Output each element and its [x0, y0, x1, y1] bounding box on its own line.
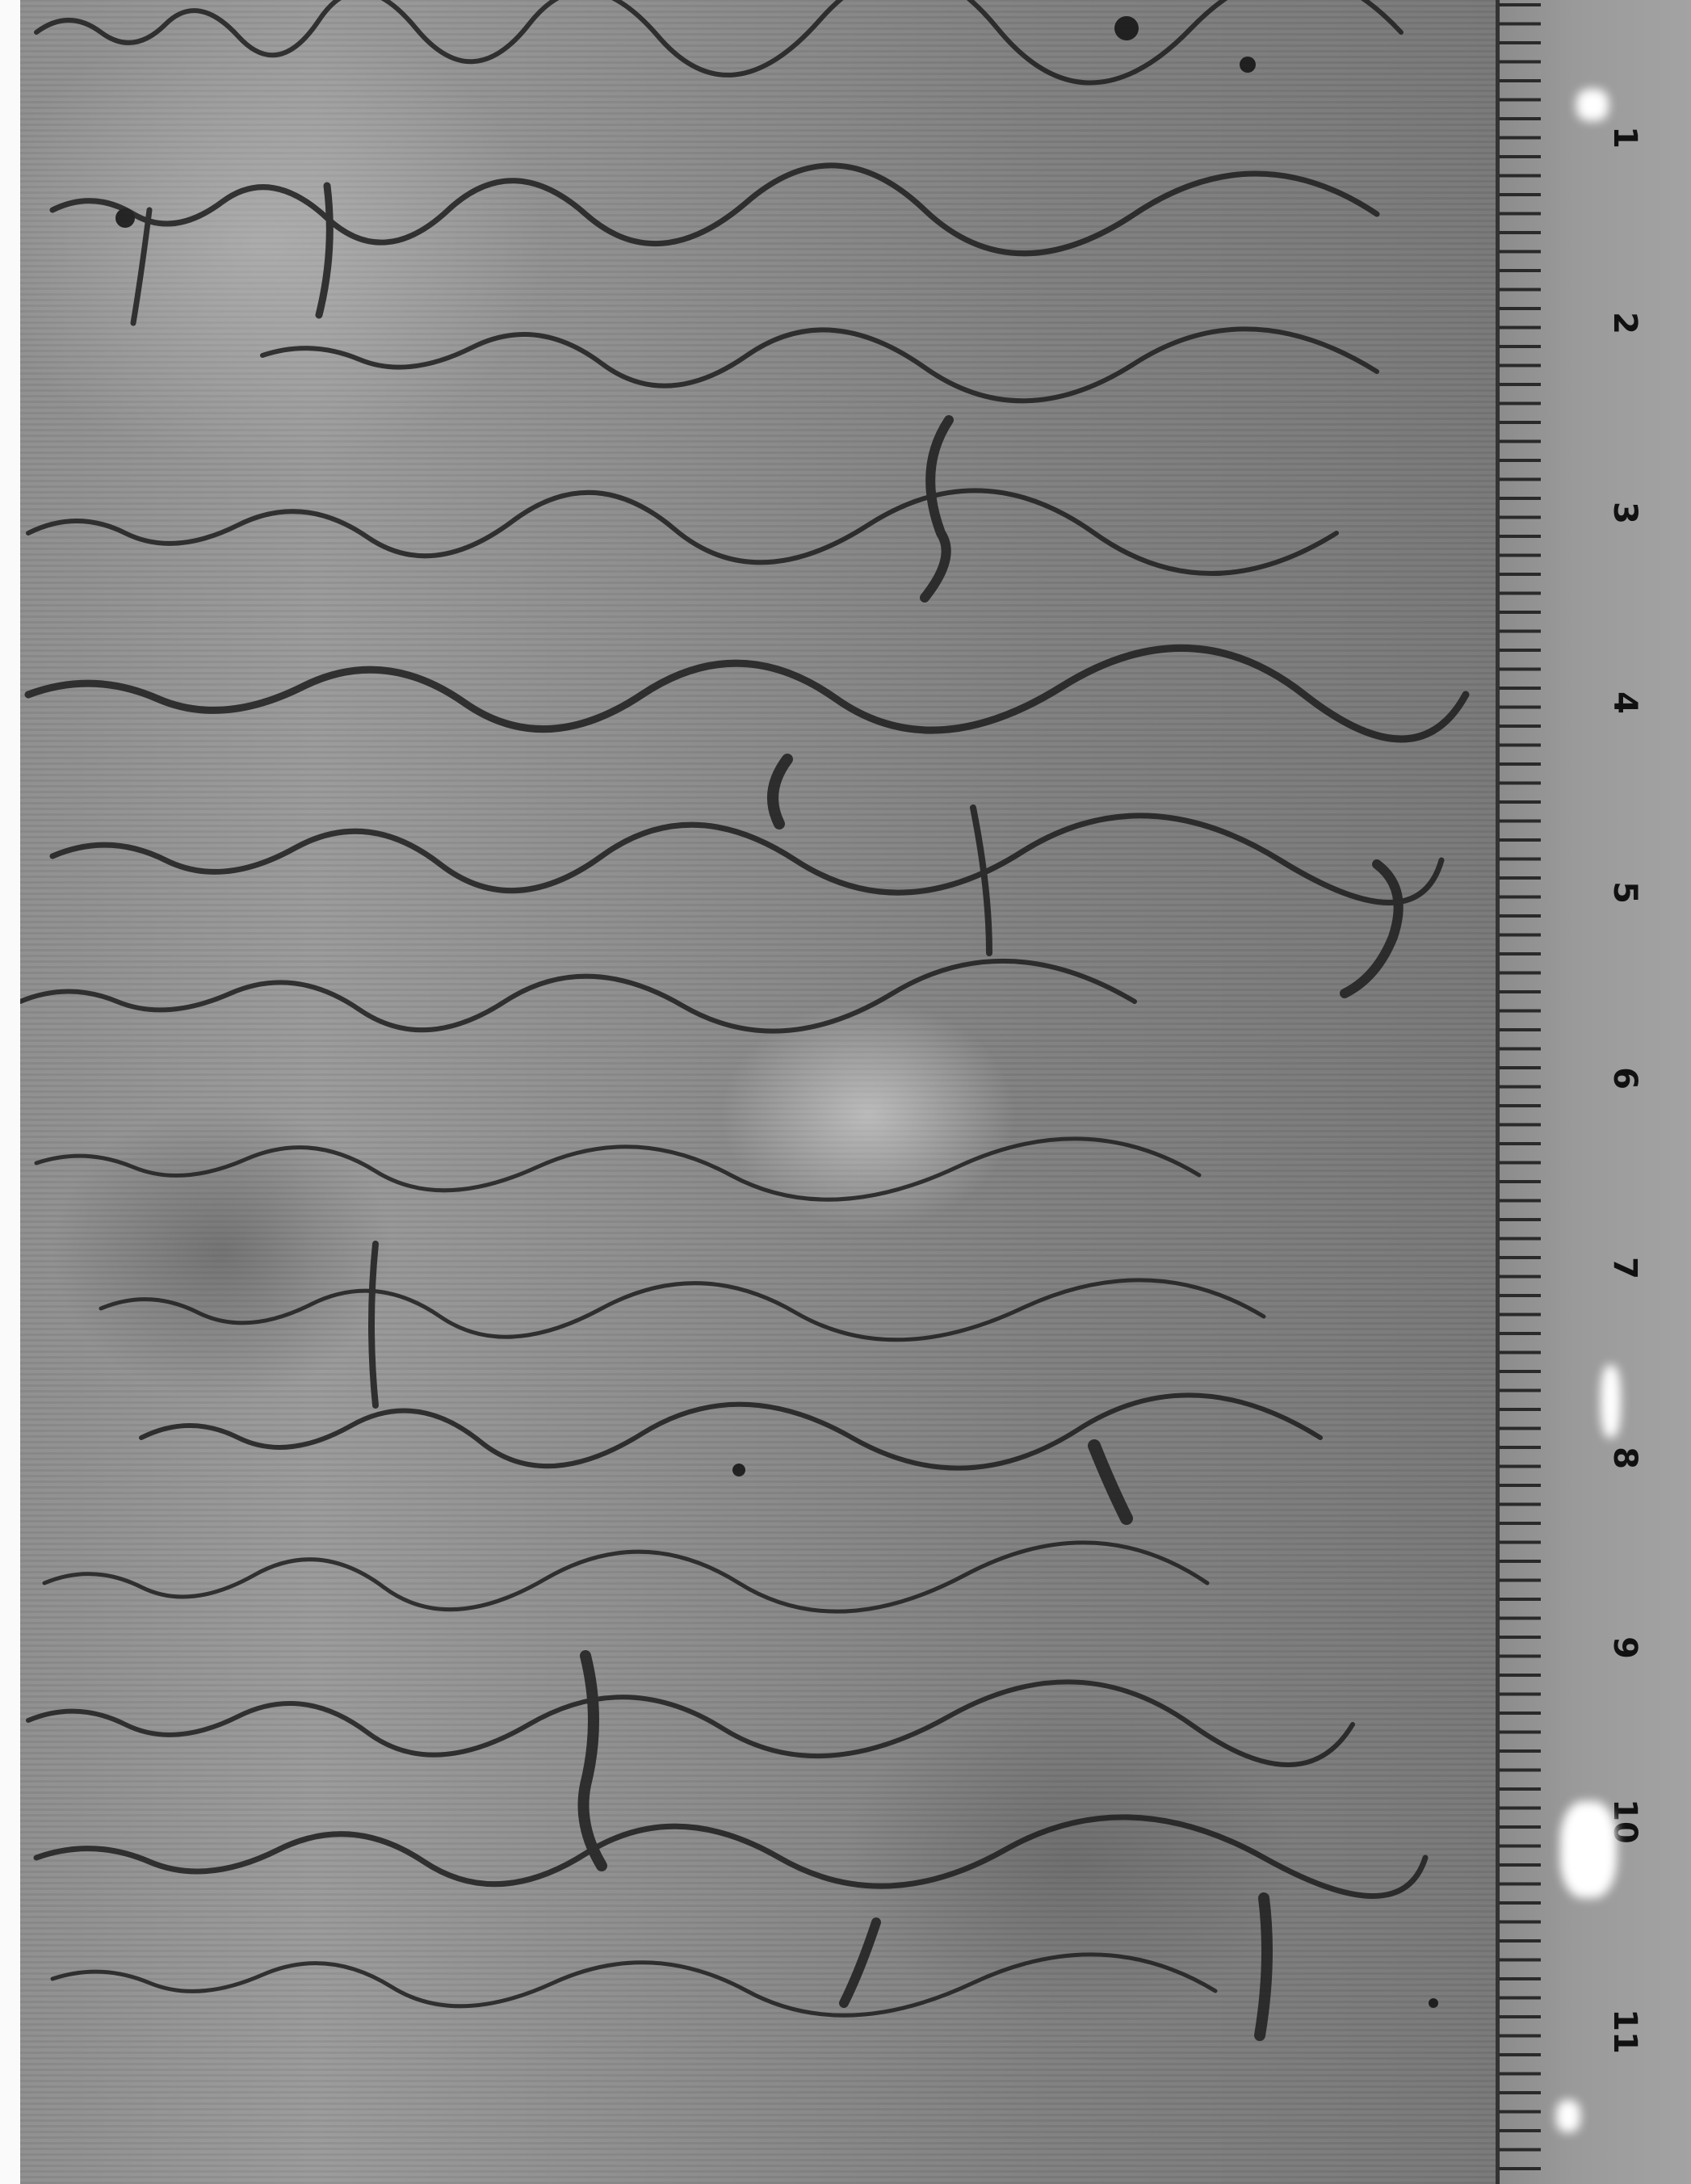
ruler-label: 6 [1609, 1054, 1641, 1102]
glare-spot [1601, 1365, 1621, 1438]
ruler-label: 1 [1609, 113, 1641, 162]
glare-spot [1556, 2100, 1580, 2132]
ruler-label: 3 [1609, 489, 1641, 537]
ruler-label: 9 [1609, 1623, 1641, 1672]
ruler-label: 2 [1609, 299, 1641, 347]
papyrus-fragment [20, 0, 1496, 2184]
handwriting-strokes [20, 0, 1496, 2184]
ruler-label: 8 [1609, 1434, 1641, 1482]
glare-spot [1560, 1801, 1617, 1898]
ruler-label: 4 [1609, 678, 1641, 727]
glare-spot [1576, 89, 1609, 121]
ruler-label: 7 [1609, 1244, 1641, 1292]
measuring-ruler: 1 2 3 4 5 6 7 8 9 10 11 [1496, 0, 1691, 2184]
white-margin [0, 0, 20, 2184]
ruler-label: 11 [1609, 2007, 1641, 2056]
ruler-label: 5 [1609, 868, 1641, 917]
